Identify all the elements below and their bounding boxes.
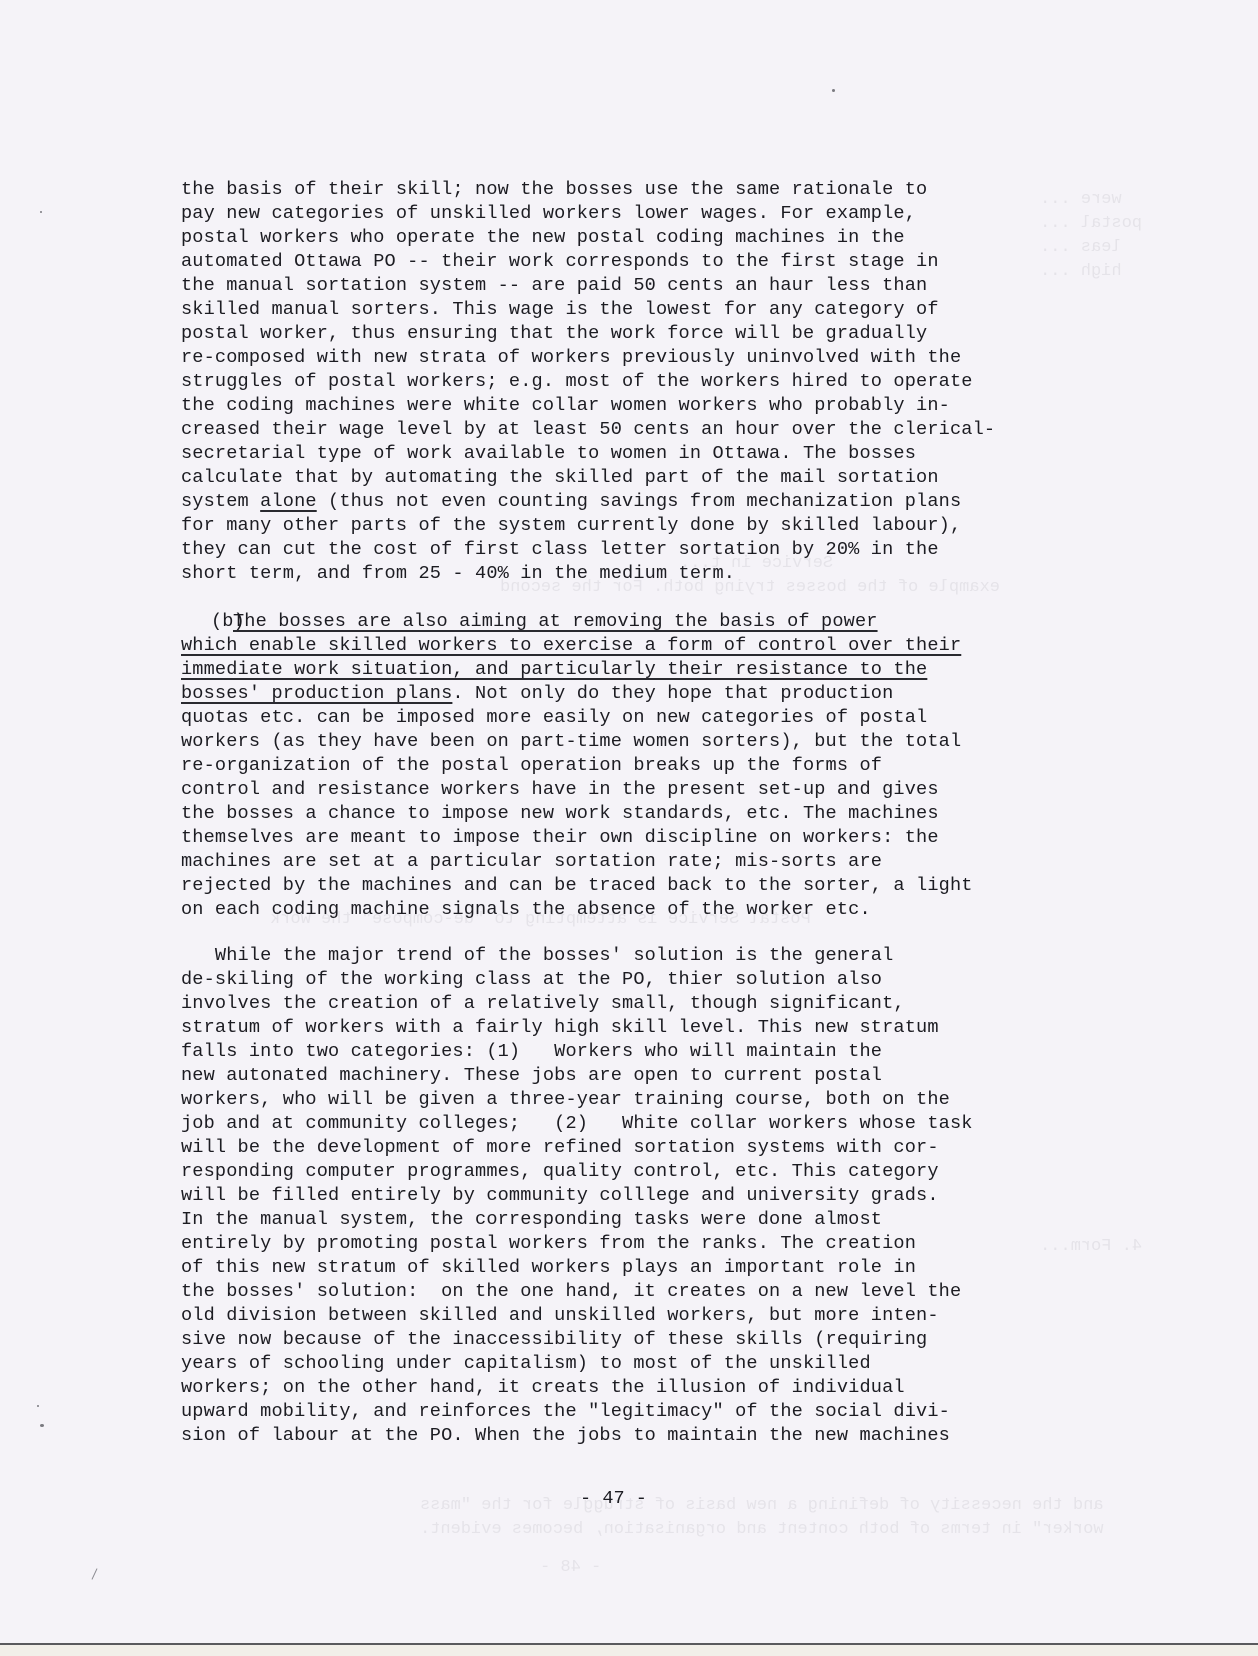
text-line: re-organization of the postal operation … (181, 754, 882, 778)
show-through-text: worker" in terms of both content and org… (420, 1518, 1104, 1542)
text-line: which enable skilled workers to exercise… (181, 634, 961, 658)
text-line: struggles of postal workers; e.g. most o… (181, 370, 973, 394)
text-line: involves the creation of a relatively sm… (181, 992, 905, 1016)
show-through-text: and the necessity of defining a new basi… (420, 1494, 1104, 1518)
text-line: falls into two categories: (1) Workers w… (181, 1040, 882, 1064)
text-line: stratum of workers with a fairly high sk… (181, 1016, 939, 1040)
document-page: were ... postal ... leas ... high ... Se… (0, 0, 1258, 1643)
text-line: postal worker, thus ensuring that the wo… (181, 322, 927, 346)
text-line: sive now because of the inaccessibility … (181, 1328, 927, 1352)
text-line: re-composed with new strata of workers p… (181, 346, 961, 370)
show-through-text: high ... (1040, 260, 1122, 284)
text-line: quotas etc. can be imposed more easily o… (181, 706, 927, 730)
text-line: workers, who will be given a three-year … (181, 1088, 950, 1112)
text-line: the coding machines were white collar wo… (181, 394, 950, 418)
text-line: rejected by the machines and can be trac… (181, 874, 973, 898)
pen-mark (92, 1568, 98, 1579)
text-line: responding computer programmes, quality … (181, 1160, 939, 1184)
margin-speck (40, 1424, 44, 1427)
text-line: old division between skilled and unskill… (181, 1304, 939, 1328)
text-line: the manual sortation system -- are paid … (181, 274, 927, 298)
margin-speck (832, 89, 835, 92)
text-line: themselves are meant to impose their own… (181, 826, 939, 850)
text-line: the bosses a chance to impose new work s… (181, 802, 939, 826)
text-line: control and resistance workers have in t… (181, 778, 939, 802)
text-line: In the manual system, the corresponding … (181, 1208, 882, 1232)
show-through-text: leas ... (1040, 236, 1122, 260)
margin-speck (40, 211, 42, 213)
text-line: While the major trend of the bosses' sol… (181, 944, 893, 968)
text-line: de-skiling of the working class at the P… (181, 968, 882, 992)
text-line: immediate work situation, and particular… (181, 658, 927, 682)
text-line: they can cut the cost of first class let… (181, 538, 939, 562)
text-line: creased their wage level by at least 50 … (181, 418, 995, 442)
text-line: will be the development of more refined … (181, 1136, 939, 1160)
text-line: automated Ottawa PO -- their work corres… (181, 250, 939, 274)
text-line: the basis of their skill; now the bosses… (181, 178, 927, 202)
text-line: system alone (thus not even counting sav… (181, 490, 961, 514)
text-line: skilled manual sorters. This wage is the… (181, 298, 939, 322)
show-through-text: postal ... (1040, 212, 1142, 236)
text-line: calculate that by automating the skilled… (181, 466, 939, 490)
text-line: new autonated machinery. These jobs are … (181, 1064, 882, 1088)
text-line: years of schooling under capitalism) to … (181, 1352, 871, 1376)
text-line: job and at community colleges; (2) White… (181, 1112, 973, 1136)
margin-speck (37, 1405, 39, 1407)
text-line: postal workers who operate the new posta… (181, 226, 905, 250)
show-through-text: 4. Form... (1040, 1235, 1142, 1259)
text-line: bosses' production plans. Not only do th… (181, 682, 893, 706)
text-line: entirely by promoting postal workers fro… (181, 1232, 916, 1256)
page-number: - 47 - (580, 1488, 647, 1509)
show-through-text: were ... (1040, 188, 1122, 212)
text-line: will be filled entirely by community col… (181, 1184, 939, 1208)
scanner-bottom-edge (0, 1643, 1258, 1656)
text-line: secretarial type of work available to wo… (181, 442, 916, 466)
text-line: workers; on the other hand, it creats th… (181, 1376, 905, 1400)
show-through-text: - 48 - (540, 1556, 601, 1580)
text-line: upward mobility, and reinforces the "leg… (181, 1400, 950, 1424)
text-line: sion of labour at the PO. When the jobs … (181, 1424, 950, 1448)
text-line: the bosses' solution: on the one hand, i… (181, 1280, 961, 1304)
text-line: of this new stratum of skilled workers p… (181, 1256, 916, 1280)
text-line: pay new categories of unskilled workers … (181, 202, 916, 226)
text-line: for many other parts of the system curre… (181, 514, 961, 538)
text-line: workers (as they have been on part-time … (181, 730, 961, 754)
text-line: on each coding machine signals the absen… (181, 898, 871, 922)
text-line: short term, and from 25 - 40% in the med… (181, 562, 735, 586)
text-line: machines are set at a particular sortati… (181, 850, 882, 874)
text-line: The bosses are also aiming at removing t… (233, 610, 878, 634)
